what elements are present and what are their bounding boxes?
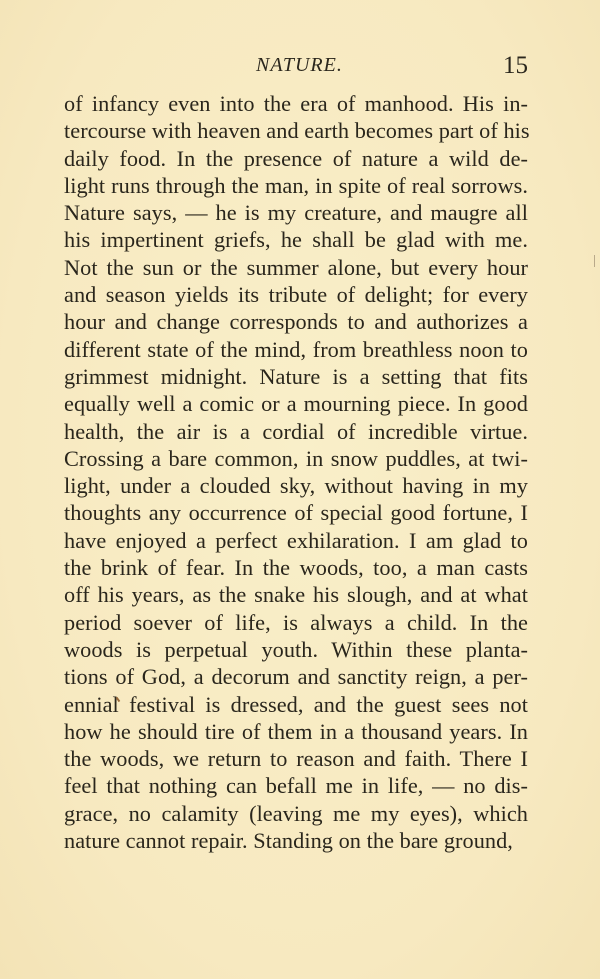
text-line: ennial festival is dressed, and the gues… (64, 691, 528, 718)
body-text: of infancy even into the era of manhood.… (64, 90, 528, 854)
text-line: Crossing a bare common, in snow puddles,… (64, 445, 528, 472)
text-line: period soever of life, is always a child… (64, 609, 528, 636)
text-line: thoughts any occurrence of special good … (64, 499, 528, 526)
text-line: daily food. In the presence of nature a … (64, 145, 528, 172)
text-line: equally well a comic or a mourning piece… (64, 390, 528, 417)
text-line: different state of the mind, from breath… (64, 336, 528, 363)
text-line: light, under a clouded sky, without havi… (64, 472, 528, 499)
text-line: his impertinent griefs, he shall be glad… (64, 226, 528, 253)
text-line: Nature says, — he is my creature, and ma… (64, 199, 528, 226)
text-line: grimmest midnight. Nature is a setting t… (64, 363, 528, 390)
text-line: woods is perpetual youth. Within these p… (64, 636, 528, 663)
text-line: grace, no calamity (leaving me my eyes),… (64, 800, 528, 827)
text-line: the brink of fear. In the woods, too, a … (64, 554, 528, 581)
page-number: 15 (503, 52, 528, 80)
speck-mark (594, 255, 595, 267)
text-line: and season yields its tribute of delight… (64, 281, 528, 308)
text-line: hour and change corresponds to and autho… (64, 308, 528, 335)
running-title: NATURE. (256, 54, 343, 77)
text-line: health, the air is a cordial of incredib… (64, 418, 528, 445)
book-page: NATURE. 15 of infancy even into the era … (0, 0, 600, 979)
text-line: off his years, as the snake his slough, … (64, 581, 528, 608)
text-line: tions of God, a decorum and sanctity rei… (64, 663, 528, 690)
text-line: have enjoyed a perfect exhilaration. I a… (64, 527, 528, 554)
text-line: the woods, we return to reason and faith… (64, 745, 528, 772)
text-line: light runs through the man, in spite of … (64, 172, 528, 199)
text-line: Not the sun or the summer alone, but eve… (64, 254, 528, 281)
text-line: tercourse with heaven and earth becomes … (64, 117, 528, 144)
text-line: feel that nothing can befall me in life,… (64, 772, 528, 799)
text-line: how he should tire of them in a thousand… (64, 718, 528, 745)
text-line: nature cannot repair. Standing on the ba… (64, 827, 528, 854)
text-line: of infancy even into the era of manhood.… (64, 90, 528, 117)
running-head: NATURE. 15 (64, 52, 528, 82)
